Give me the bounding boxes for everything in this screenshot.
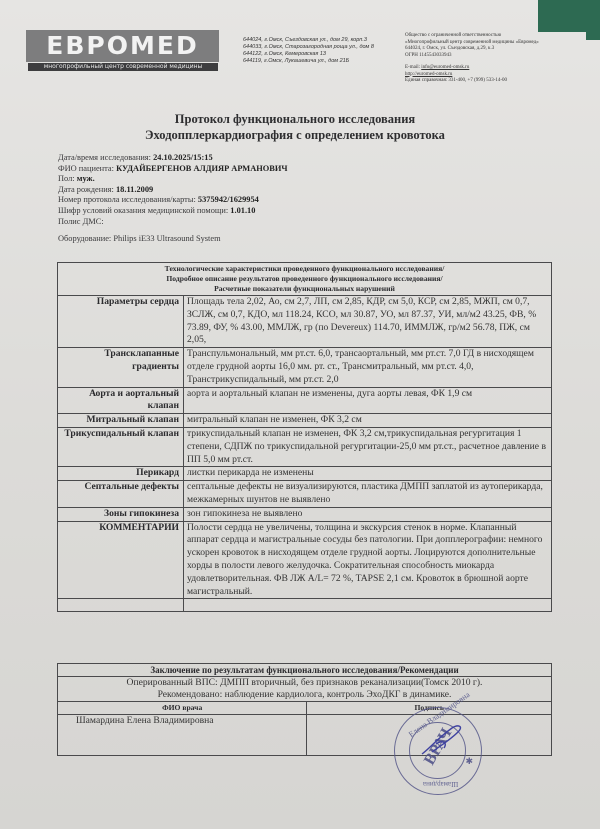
table-header-row: Технологические характеристики проведенн… [58, 263, 552, 296]
row-value: Площадь тела 2,02, Ао, см 2,7, ЛП, см 2,… [184, 296, 552, 348]
org-info: Общество с ограниченной ответственностью… [405, 33, 539, 85]
table-row: Аорта и аортальный клапан аорта и аортал… [58, 387, 552, 414]
email-link[interactable]: info@euromed-omsk.ru [421, 65, 469, 70]
equipment: Оборудование: Philips iE33 Ultrasound Sy… [58, 234, 288, 245]
row-value: митральный клапан не изменен, ФК 3,2 см [184, 414, 552, 428]
conclusion-header: Заключение по результатам функциональног… [58, 664, 552, 677]
header-line: Расчетные показатели функциональных нару… [61, 284, 548, 294]
table-row: Трикуспидальный клапан трикуспидальный к… [58, 427, 552, 466]
table-row-empty [58, 599, 552, 612]
field-value: КУДАЙБЕРГЕНОВ АЛДИЯР АРМАНОВИЧ [116, 164, 287, 173]
row-label: Митральный клапан [58, 414, 184, 428]
conclusion-text: Оперированный ВПС: ДМПП вторичный, без п… [58, 677, 552, 702]
field-label: ФИО пациента: [58, 164, 114, 173]
signature-scribble [418, 720, 468, 760]
row-label: Септальные дефекты [58, 481, 184, 508]
field-value: 24.10.2025/15:15 [153, 153, 213, 162]
insurance-policy: Полис ДМС: [58, 217, 288, 228]
field-label: Шифр условий оказания медицинской помощи… [58, 206, 228, 215]
table-row: Митральный клапан митральный клапан не и… [58, 414, 552, 428]
row-value: Транспульмональный, мм рт.ст. 6,0, транс… [184, 348, 552, 387]
field-label: Номер протокола исследования/карты: [58, 195, 196, 204]
row-label: Трансклапанные градиенты [58, 348, 184, 387]
address-line: 644119, г.Омск, Лукашевича ул., дом 21Б [243, 58, 374, 65]
field-label: Полис ДМС: [58, 217, 104, 226]
row-value: трикуспидальный клапан не изменен, ФК 3,… [184, 427, 552, 466]
clinic-addresses: 644024, г.Омск, Съездовская ул., дом 29,… [243, 37, 374, 65]
field-value: Philips iE33 Ultrasound System [113, 234, 220, 243]
care-code: Шифр условий оказания медицинской помощи… [58, 206, 288, 217]
header-line: Подробное описание результатов проведенн… [61, 274, 548, 284]
field-label: Дата рождения: [58, 185, 114, 194]
table-header: Технологические характеристики проведенн… [58, 263, 552, 296]
patient-name: ФИО пациента: КУДАЙБЕРГЕНОВ АЛДИЯР АРМАН… [58, 164, 288, 175]
doctor-label: ФИО врача [58, 702, 307, 715]
row-value: аорта и аортальный клапан не изменены, д… [184, 387, 552, 414]
field-value: муж. [77, 174, 95, 183]
address-line: 644024, г.Омск, Съездовская ул., дом 29,… [243, 37, 374, 44]
row-label: Перикард [58, 467, 184, 481]
row-value: септальные дефекты не визуализируются, п… [184, 481, 552, 508]
table-row: КОММЕНТАРИИ Полости сердца не увеличены,… [58, 521, 552, 599]
field-value: 18.11.2009 [116, 185, 153, 194]
row-value: зон гипокинеза не выявлено [184, 507, 552, 521]
table-row: Параметры сердца Площадь тела 2,02, Ао, … [58, 296, 552, 348]
address-line: 644122, г.Омск, Кемеровская 13 [243, 51, 374, 58]
row-value: Полости сердца не увеличены, толщина и э… [184, 521, 552, 599]
table-row: Перикард листки перикарда не изменены [58, 467, 552, 481]
patient-sex: Пол: муж. [58, 174, 288, 185]
row-label: КОММЕНТАРИИ [58, 521, 184, 599]
title-line-2: Эходопплеркардиография с определением кр… [60, 127, 530, 143]
row-label: Зоны гипокинеза [58, 507, 184, 521]
conclusion-line: Оперированный ВПС: ДМПП вторичный, без п… [61, 677, 548, 689]
address-line: 644033, г.Омск, Старозагородная роща ул.… [243, 44, 374, 51]
row-label: Параметры сердца [58, 296, 184, 348]
patient-dob: Дата рождения: 18.11.2009 [58, 185, 288, 196]
field-label: Пол: [58, 174, 75, 183]
field-value: 5375942/1629954 [198, 195, 259, 204]
corner-decoration [586, 28, 600, 40]
clinic-logo: ЕВРОMED многопрофильный центр современно… [26, 30, 219, 70]
email-label: E-mail: [405, 65, 420, 70]
protocol-number: Номер протокола исследования/карты: 5375… [58, 195, 288, 206]
table-row: Септальные дефекты септальные дефекты не… [58, 481, 552, 508]
logo-wordmark: ЕВРОMED [26, 30, 219, 62]
field-label: Оборудование: [58, 234, 111, 243]
logo-tagline: многопрофильный центр современной медици… [28, 63, 218, 71]
field-value: 1.01.10 [230, 206, 255, 215]
results-table: Технологические характеристики проведенн… [57, 262, 552, 612]
phone-line: Единая справочная: 331-400, +7 (999) 533… [405, 78, 539, 85]
study-datetime: Дата/время исследования: 24.10.2025/15:1… [58, 153, 288, 164]
row-label: Трикуспидальный клапан [58, 427, 184, 466]
document-page: ЕВРОMED многопрофильный центр современно… [0, 0, 600, 829]
patient-info: Дата/время исследования: 24.10.2025/15:1… [58, 153, 288, 245]
table-row: Зоны гипокинеза зон гипокинеза не выявле… [58, 507, 552, 521]
document-title: Протокол функционального исследования Эх… [60, 111, 530, 143]
title-line-1: Протокол функционального исследования [60, 111, 530, 127]
row-label: Аорта и аортальный клапан [58, 387, 184, 414]
header-line: Технологические характеристики проведенн… [61, 264, 548, 274]
doctor-name: Шамардина Елена Владимировна [58, 715, 307, 756]
stamp-ring-text: Шамардина [423, 780, 458, 788]
table-row: Трансклапанные градиенты Транспульмональ… [58, 348, 552, 387]
recommendation-line: Рекомендовано: наблюдение кардиолога, ко… [61, 689, 548, 701]
row-value: листки перикарда не изменены [184, 467, 552, 481]
field-label: Дата/время исследования: [58, 153, 151, 162]
